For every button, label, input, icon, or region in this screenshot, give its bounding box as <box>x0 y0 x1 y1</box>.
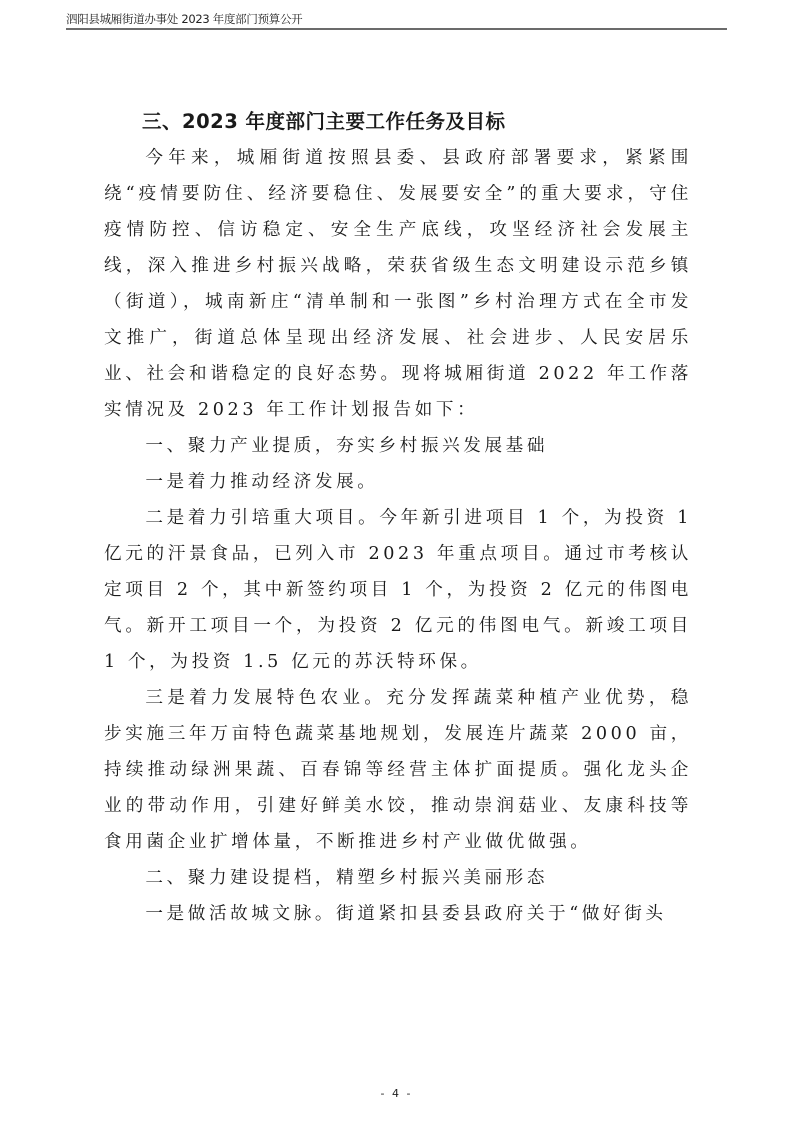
paragraph-projects: 二是着力引培重大项目。今年新引进项目 1 个，为投资 1 亿元的汗景食品，已列入… <box>104 500 692 680</box>
subheading-industry: 一、聚力产业提质，夯实乡村振兴发展基础 <box>104 428 692 464</box>
paragraph-intro: 今年来，城厢街道按照县委、县政府部署要求，紧紧围绕“疫情要防住、经济要稳住、发展… <box>104 140 692 428</box>
page-number: - 4 - <box>0 1087 793 1100</box>
subheading-construction: 二、聚力建设提档，精塑乡村振兴美丽形态 <box>104 860 692 896</box>
header-divider <box>66 28 727 30</box>
running-header: 泗阳县城厢街道办事处 2023 年度部门预算公开 <box>66 12 727 28</box>
section-title: 三、2023 年度部门主要工作任务及目标 <box>142 104 692 140</box>
paragraph-culture: 一是做活故城文脉。街道紧扣县委县政府关于“做好街头 <box>104 896 692 932</box>
document-body: 三、2023 年度部门主要工作任务及目标 今年来，城厢街道按照县委、县政府部署要… <box>104 104 692 932</box>
paragraph-agriculture: 三是着力发展特色农业。充分发挥蔬菜种植产业优势，稳步实施三年万亩特色蔬菜基地规划… <box>104 680 692 860</box>
paragraph-economy: 一是着力推动经济发展。 <box>104 464 692 500</box>
